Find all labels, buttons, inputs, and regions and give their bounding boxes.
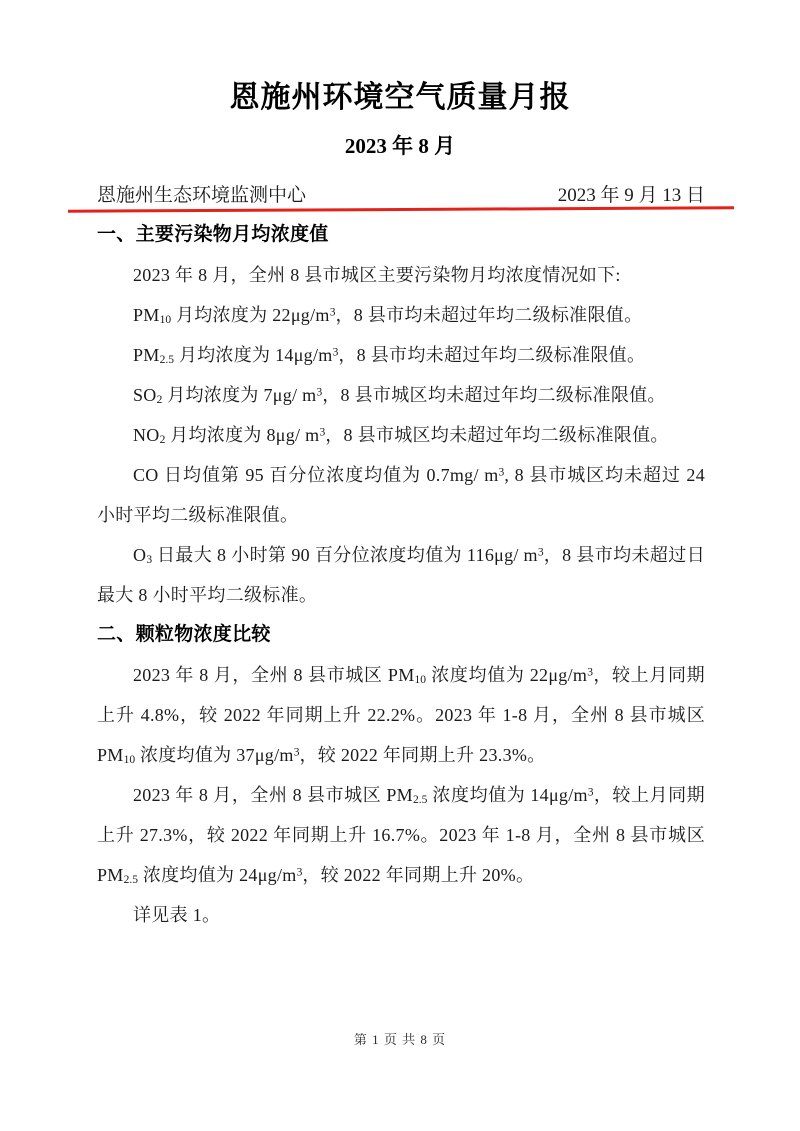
para-intro: 2023 年 8 月，全州 8 县市城区主要污染物月均浓度情况如下: <box>97 255 705 295</box>
text-run: 月均浓度为 22μg/m <box>171 305 330 325</box>
section-2-heading: 二、颗粒物浓度比较 <box>97 615 705 655</box>
text-run: PM <box>133 345 160 365</box>
sub-text: 10 <box>415 674 427 686</box>
text-run: ，较 2022 年同期上升 20%。 <box>302 865 534 885</box>
text-run: 2023 年 8 月，全州 8 县市城区主要污染物月均浓度情况如下: <box>133 265 621 285</box>
para-pm25: PM2.5 月均浓度为 14μg/m3，8 县市均未超过年均二级标准限值。 <box>97 335 705 375</box>
text-run: CO 日均值第 95 百分位浓度均值为 0.7mg/ m <box>133 465 499 485</box>
text-run: O <box>133 545 146 565</box>
para-pm10: PM10 月均浓度为 22μg/m3，8 县市均未超过年均二级标准限值。 <box>97 295 705 335</box>
sub-text: 2.5 <box>160 354 174 366</box>
text-run: 月均浓度为 14μg/m <box>174 345 333 365</box>
page-footer: 第 1 页 共 8 页 <box>0 1020 800 1060</box>
text-run: ，8 县市均未超过年均二级标准限值。 <box>338 345 645 365</box>
text-run: ，8 县市均未超过年均二级标准限值。 <box>335 305 642 325</box>
section-1-heading: 一、主要污染物月均浓度值 <box>97 215 705 255</box>
text-run: ，较 2022 年同期上升 23.3%。 <box>299 745 545 765</box>
page-subtitle: 2023 年 8 月 <box>0 126 800 166</box>
text-run: 月均浓度为 8μg/ m <box>165 425 319 445</box>
text-run: 浓度均值为 24μg/m <box>138 865 297 885</box>
sub-text: 10 <box>124 754 136 766</box>
text-run: ，8 县市城区均未超过年均二级标准限值。 <box>325 425 669 445</box>
text-run: ，8 县市城区均未超过年均二级标准限值。 <box>322 385 666 405</box>
para-pm25-comparison: 2023 年 8 月，全州 8 县市城区 PM2.5 浓度均值为 14μg/m3… <box>97 775 705 895</box>
text-run: 浓度均值为 22μg/m <box>426 665 587 685</box>
text-run: 2023 年 8 月，全州 8 县市城区 PM <box>133 665 415 685</box>
text-run: 详见表 1。 <box>133 905 220 925</box>
text-run: SO <box>133 385 157 405</box>
document-page: 恩施州环境空气质量月报 2023 年 8 月 恩施州生态环境监测中心 2023 … <box>0 0 800 1131</box>
text-run: 2023 年 8 月，全州 8 县市城区 PM <box>133 785 413 805</box>
text-run: 日最大 8 小时第 90 百分位浓度均值为 116μg/ m <box>152 545 538 565</box>
text-run: 月均浓度为 7μg/ m <box>162 385 316 405</box>
para-so2: SO2 月均浓度为 7μg/ m3，8 县市城区均未超过年均二级标准限值。 <box>97 375 705 415</box>
para-co: CO 日均值第 95 百分位浓度均值为 0.7mg/ m3, 8 县市城区均未超… <box>97 455 705 535</box>
page-title: 恩施州环境空气质量月报 <box>0 78 800 118</box>
text-run: 浓度均值为 14μg/m <box>427 785 587 805</box>
sub-text: 10 <box>160 314 172 326</box>
para-o3: O3 日最大 8 小时第 90 百分位浓度均值为 116μg/ m3，8 县市均… <box>97 535 705 615</box>
para-pm10-comparison: 2023 年 8 月，全州 8 县市城区 PM10 浓度均值为 22μg/m3，… <box>97 655 705 775</box>
text-run: PM <box>133 305 160 325</box>
document-body: 一、主要污染物月均浓度值 2023 年 8 月，全州 8 县市城区主要污染物月均… <box>97 215 705 935</box>
text-run: NO <box>133 425 160 445</box>
para-no2: NO2 月均浓度为 8μg/ m3，8 县市城区均未超过年均二级标准限值。 <box>97 415 705 455</box>
para-see-table: 详见表 1。 <box>97 895 705 935</box>
sub-text: 2.5 <box>124 874 138 886</box>
sub-text: 2.5 <box>413 794 427 806</box>
text-run: 浓度均值为 37μg/m <box>135 745 294 765</box>
